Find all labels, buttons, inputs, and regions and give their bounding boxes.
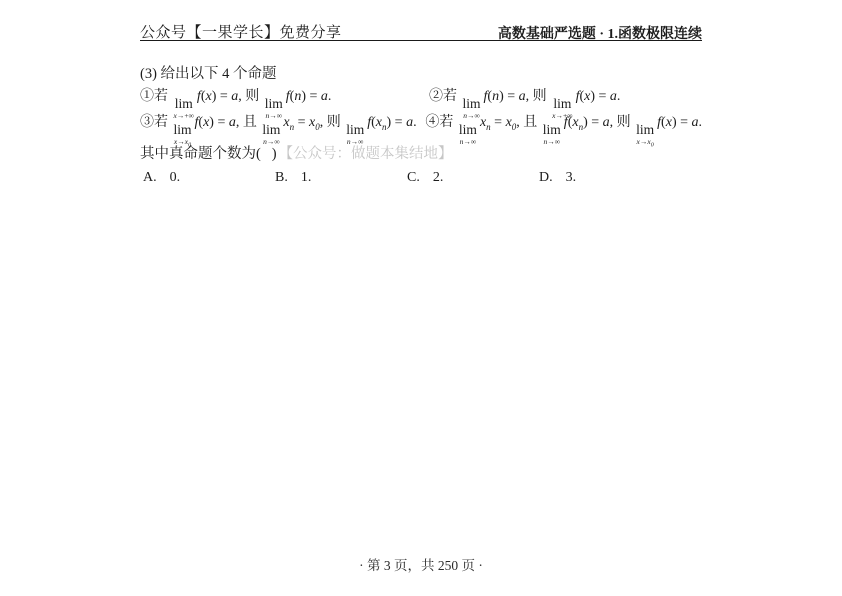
limit-operator: limn→∞ <box>543 123 561 145</box>
proposition-list: ①若 limx→+∞f(x) = a, 则 limn→∞f(n) = a. ②若… <box>140 84 702 136</box>
option-b-label: B. <box>275 170 288 185</box>
option-a: A.0. <box>143 170 275 186</box>
option-c: C.2. <box>407 170 539 186</box>
option-d: D.3. <box>539 170 671 186</box>
option-c-value: 2. <box>433 170 444 185</box>
limit-operator: limx→x0 <box>636 123 654 145</box>
option-d-label: D. <box>539 170 553 185</box>
proposition-2: ②若 limn→∞f(n) = a, 则 limx→+∞f(x) = a. <box>429 84 620 110</box>
document-page: 公众号【一果学长】免费分享 高数基础严选题 · 1.函数极限连续 (3) 给出以… <box>0 0 842 596</box>
limit-operator: limn→∞ <box>459 123 477 145</box>
proposition-1: ①若 limx→+∞f(x) = a, 则 limn→∞f(n) = a. <box>140 84 429 110</box>
question-text: 其中真命题个数为( ) <box>140 146 277 162</box>
page-footer: · 第 3 页，共 250 页 · <box>0 554 842 574</box>
option-a-value: 0. <box>170 170 181 185</box>
problem-stem: (3) 给出以下 4 个命题 <box>140 62 277 83</box>
option-a-label: A. <box>143 170 157 185</box>
option-b: B.1. <box>275 170 407 186</box>
watermark-text: 【公众号：做题本集结地】 <box>279 146 453 162</box>
proposition-4: ④若 limn→∞xn = x0, 且 limn→∞f(xn) = a, 则 l… <box>425 110 702 136</box>
header-rule <box>140 40 702 41</box>
header-left-text: 公众号【一果学长】免费分享 <box>140 21 342 42</box>
option-c-label: C. <box>407 170 420 185</box>
proposition-3: ③若 limx→x0f(x) = a, 且 limn→∞xn = x0, 则 l… <box>140 110 425 136</box>
question-line: 其中真命题个数为( )【公众号：做题本集结地】 <box>140 142 453 163</box>
proposition-row-1: ①若 limx→+∞f(x) = a, 则 limn→∞f(n) = a. ②若… <box>140 84 702 110</box>
option-b-value: 1. <box>301 170 312 185</box>
page-number: · 第 3 页，共 250 页 · <box>359 558 483 573</box>
options-row: A.0. B.1. C.2. D.3. <box>143 170 705 186</box>
proposition-row-2: ③若 limx→x0f(x) = a, 且 limn→∞xn = x0, 则 l… <box>140 110 702 136</box>
option-d-value: 3. <box>566 170 577 185</box>
